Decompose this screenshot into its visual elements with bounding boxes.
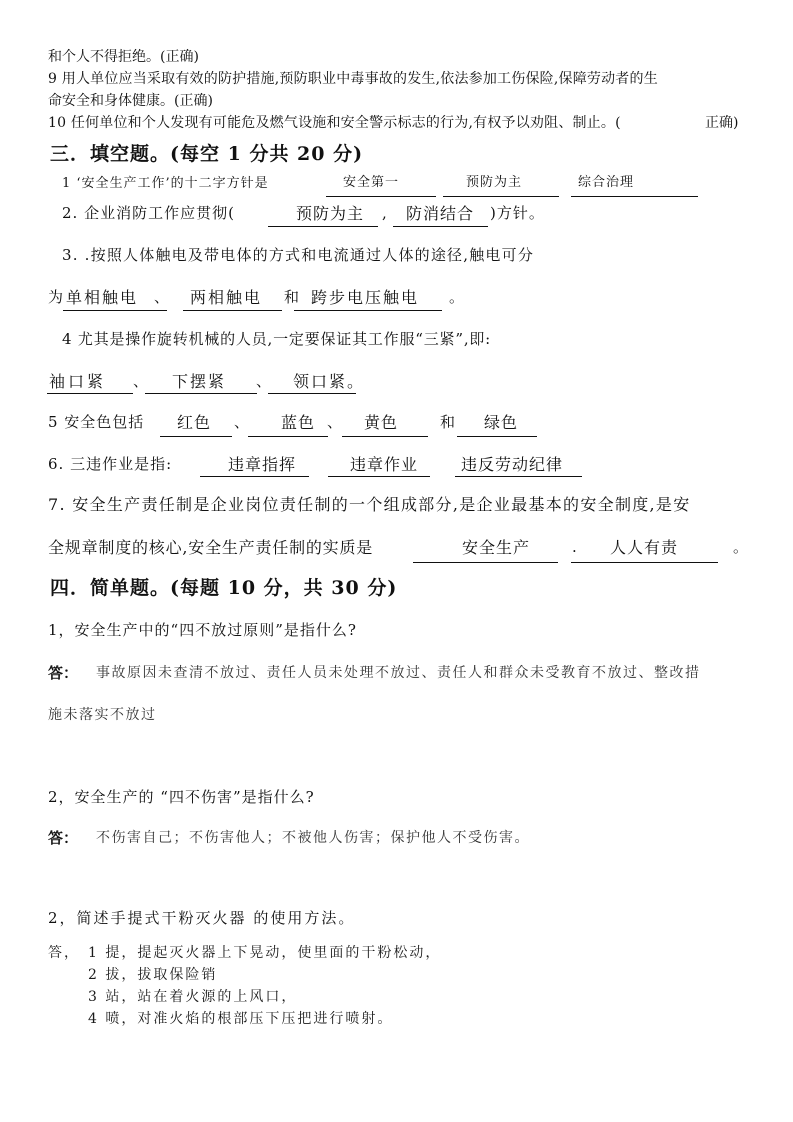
- short-q1-answer-line1: 事故原因未查清不放过、责任人员未处理不放过、责任人和群众未受教育不放过、整改措: [96, 666, 701, 680]
- short-q1-question: 1，安全生产中的“四不放过原则”是指什么?: [48, 623, 357, 638]
- fill-q4-blank-2: 下摆紧: [172, 374, 226, 390]
- fill-q3-blank-1: 单相触电: [66, 290, 138, 306]
- fill-q5-blank-1: 红色: [177, 415, 211, 431]
- short-q3-question: 2，简述手提式干粉灭火器 的使用方法。: [48, 911, 355, 926]
- fill-q4-sep1: 、: [133, 374, 148, 389]
- fill-q5-underline-2: [248, 436, 328, 437]
- fill-q2-underline-2: [393, 226, 488, 227]
- fill-q5-blank-3: 黄色: [364, 415, 398, 431]
- fill-q4-blank-1: 袖口紧: [49, 374, 106, 390]
- fill-q7-sep: .: [572, 540, 577, 555]
- fill-q7-blank-2: 人人有责: [610, 540, 678, 556]
- short-q3-step-2: 2 拔，拔取保险销: [88, 968, 217, 982]
- fill-q3-suffix: 。: [449, 290, 464, 305]
- fill-q1-underline-3: [571, 196, 698, 197]
- fill-q5-sep2: 、: [327, 415, 342, 430]
- short-q3-step-3: 3 站，站在着火源的上风口，: [88, 990, 297, 1004]
- fill-q2-blank-2: 防消结合: [406, 206, 474, 222]
- fill-q6-underline-1: [200, 476, 309, 477]
- fill-q3-prefix: 为: [48, 290, 63, 305]
- fill-q4-sep2: 、: [256, 374, 271, 389]
- fill-q1-prefix: 1 ‘安全生产工作’的十二字方针是: [62, 177, 269, 190]
- short-q2-answer-label: 答：: [48, 831, 78, 846]
- fill-q5-prefix: 5 安全色包括: [48, 415, 144, 430]
- fill-q1-underline-2: [443, 196, 559, 197]
- fill-q3-line1: 3. .按照人体触电及带电体的方式和电流通过人体的途径,触电可分: [62, 248, 534, 263]
- section3-heading: 三．填空题。(每空 1 分共 20 分): [50, 145, 363, 164]
- fill-q4-blank-3: 领口紧。: [293, 374, 365, 390]
- fill-q3-sep1: 、: [154, 290, 169, 305]
- fill-q3-underline-3: [294, 310, 442, 311]
- fill-q4-underline-2: [145, 393, 257, 394]
- judgement-q10-answer: 正确): [705, 116, 738, 130]
- fill-q6-blank-3: 违反劳动纪律: [461, 457, 563, 473]
- short-q3-step-4: 4 喷，对准火焰的根部压下压把进行喷射。: [88, 1012, 393, 1026]
- fill-q7-blank-1: 安全生产: [462, 540, 530, 556]
- fill-q5-blank-2: 蓝色: [281, 415, 315, 431]
- fill-q6-blank-1: 违章指挥: [228, 457, 296, 473]
- short-q1-answer-line2: 施未落实不放过: [48, 708, 157, 722]
- fill-q7-underline-1: [413, 562, 558, 563]
- fill-q2-sep: ,: [382, 206, 387, 221]
- short-q3-step-1: 1 提，提起灭火器上下晃动，使里面的干粉松动，: [88, 946, 441, 960]
- fill-q4-underline-1: [47, 393, 133, 394]
- fill-q6-blank-2: 违章作业: [350, 457, 418, 473]
- fill-q5-underline-3: [342, 436, 428, 437]
- fill-q1-blank-1: 安全第一: [343, 176, 399, 189]
- short-q2-question: 2，安全生产的 “四不伤害”是指什么?: [48, 790, 315, 805]
- short-q2-answer: 不伤害自己；不伤害他人；不被他人伤害；保护他人不受伤害。: [96, 831, 530, 845]
- fill-q3-blank-3: 跨步电压触电: [311, 290, 419, 306]
- fill-q5-and: 和: [440, 415, 455, 430]
- fill-q4-line1: 4 尤其是操作旋转机械的人员,一定要保证其工作服“三紧”,即:: [62, 332, 491, 347]
- fill-q3-sep2: 和: [284, 290, 299, 305]
- fill-q3-underline-2: [183, 310, 282, 311]
- fill-q7-suffix: 。: [733, 540, 748, 555]
- fill-q1-blank-3: 综合治理: [578, 176, 634, 189]
- fill-q1-underline-1: [326, 196, 436, 197]
- fill-q5-sep1: 、: [234, 415, 249, 430]
- fill-q6-underline-3: [455, 476, 582, 477]
- fill-q2-blank-1: 预防为主: [296, 206, 364, 222]
- fill-q7-line1: 7. 安全生产责任制是企业岗位责任制的一个组成部分,是企业最基本的安全制度,是安: [48, 497, 691, 513]
- short-q3-answer-label: 答，: [48, 946, 80, 960]
- judgement-q9-line2: 命安全和身体健康。(正确): [48, 94, 213, 108]
- fill-q2-suffix: )方针。: [490, 206, 545, 221]
- fill-q4-underline-3: [268, 393, 356, 394]
- fill-q1-blank-2: 预防为主: [466, 176, 522, 189]
- judgement-q8-continuation: 和个人不得拒绝。(正确): [48, 50, 199, 64]
- fill-q2-prefix: 2. 企业消防工作应贯彻(: [62, 206, 235, 221]
- section4-heading: 四．简单题。(每题 10 分，共 30 分): [50, 579, 397, 598]
- fill-q2-underline-1: [268, 226, 378, 227]
- fill-q6-underline-2: [328, 476, 430, 477]
- fill-q7-underline-2: [571, 562, 718, 563]
- fill-q7-line2: 全规章制度的核心,安全生产责任制的实质是: [48, 540, 373, 556]
- short-q1-answer-label: 答：: [48, 666, 78, 681]
- fill-q5-blank-4: 绿色: [484, 415, 518, 431]
- fill-q5-underline-1: [160, 436, 232, 437]
- fill-q3-underline-1: [63, 310, 167, 311]
- fill-q5-underline-4: [457, 436, 537, 437]
- judgement-q10: 10 任何单位和个人发现有可能危及燃气设施和安全警示标志的行为,有权予以劝阻、制…: [48, 116, 621, 130]
- judgement-q9-line1: 9 用人单位应当采取有效的防护措施,预防职业中毒事故的发生,依法参加工伤保险,保…: [48, 72, 658, 86]
- fill-q6-prefix: 6. 三违作业是指:: [48, 457, 172, 472]
- fill-q3-blank-2: 两相触电: [190, 290, 262, 306]
